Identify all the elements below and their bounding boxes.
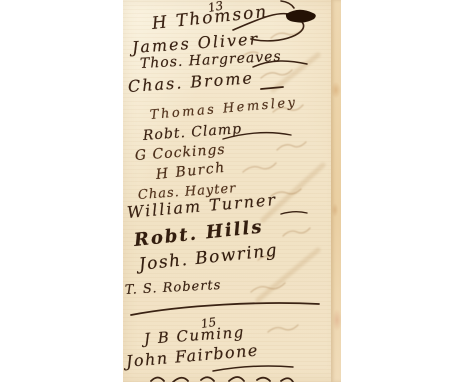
brome-dash <box>261 87 283 89</box>
signature-robt-clamp: Robt. Clamp <box>142 121 242 144</box>
signature-thomas-hemsley: Thomas Hemsley <box>149 95 298 123</box>
signature-h-burch: H Burch <box>155 160 226 183</box>
section-divider-stroke <box>131 303 319 315</box>
ink-blot <box>286 10 316 23</box>
page-deckled-edge <box>331 0 341 382</box>
fairbone-underline <box>213 366 293 371</box>
signature-t-s-roberts: T. S. Roberts <box>125 278 222 298</box>
manuscript-page: 13 H Thomson James Oliver Thos. Hargreav… <box>123 0 341 382</box>
manuscript-photo: 13 H Thomson James Oliver Thos. Hargreav… <box>0 0 468 382</box>
cut-off-signature <box>151 377 293 382</box>
signature-chas-brome: Chas. Brome <box>127 68 254 96</box>
turner-tail <box>281 212 307 214</box>
